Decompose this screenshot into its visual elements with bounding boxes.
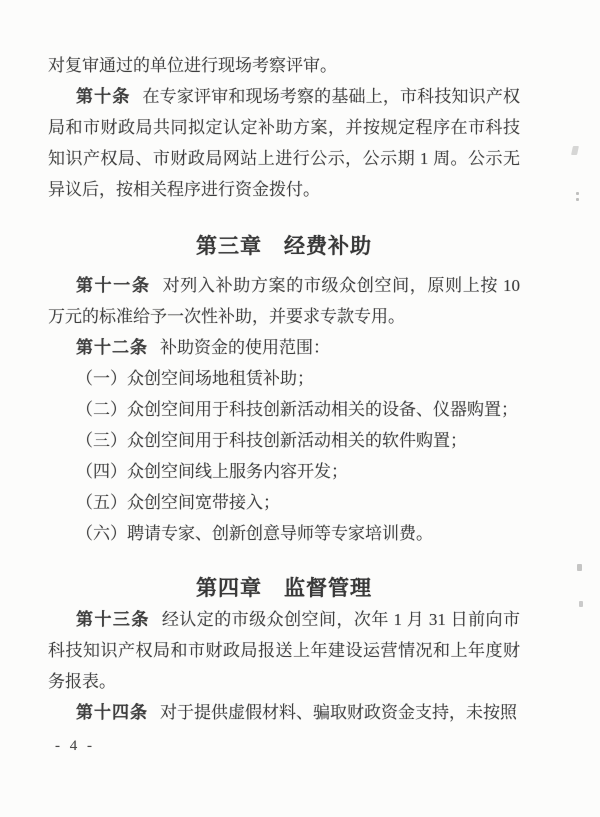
article-11-number: 第十一条 (76, 276, 151, 295)
list-item-2: （二）众创空间用于科技创新活动相关的设备、仪器购置； (48, 394, 520, 425)
scan-artifact (579, 601, 583, 607)
article-13: 第十三条经认定的市级众创空间，次年 1 月 31 日前向市科技知识产权局和市财政… (48, 604, 520, 697)
article-13-number: 第十三条 (76, 610, 150, 629)
scanned-document-page: 对复审通过的单位进行现场考察评审。 第十条在专家评审和现场考察的基础上，市科技知… (0, 0, 600, 817)
chapter-3-heading: 第三章 经费补助 (48, 231, 520, 262)
paragraph-continuation: 对复审通过的单位进行现场考察评审。 (48, 50, 520, 81)
page-number: - 4 - (55, 738, 95, 755)
chapter-4-heading: 第四章 监督管理 (48, 573, 520, 604)
document-body: 对复审通过的单位进行现场考察评审。 第十条在专家评审和现场考察的基础上，市科技知… (48, 50, 520, 728)
list-item-1: （一）众创空间场地租赁补助； (48, 363, 520, 394)
list-item-3: （三）众创空间用于科技创新活动相关的软件购置； (48, 425, 520, 456)
article-14: 第十四条对于提供虚假材料、骗取财政资金支持，未按照 (48, 697, 520, 728)
article-10: 第十条在专家评审和现场考察的基础上，市科技知识产权局和市财政局共同拟定认定补助方… (48, 81, 520, 205)
list-item-5: （五）众创空间宽带接入； (48, 487, 520, 518)
article-11: 第十一条对列入补助方案的市级众创空间，原则上按 10 万元的标准给予一次性补助，… (48, 270, 520, 332)
scan-artifact (577, 564, 582, 571)
article-12-number: 第十二条 (76, 338, 148, 357)
scan-artifact (576, 192, 579, 195)
article-10-number: 第十条 (76, 87, 131, 106)
list-item-6: （六）聘请专家、创新创意导师等专家培训费。 (48, 518, 520, 549)
article-14-number: 第十四条 (76, 703, 148, 722)
article-12-text: 补助资金的使用范围： (160, 338, 330, 357)
list-item-4: （四）众创空间线上服务内容开发； (48, 456, 520, 487)
scan-artifact (571, 146, 579, 155)
article-14-text: 对于提供虚假材料、骗取财政资金支持，未按照 (160, 703, 517, 722)
article-12: 第十二条补助资金的使用范围： (48, 332, 520, 363)
